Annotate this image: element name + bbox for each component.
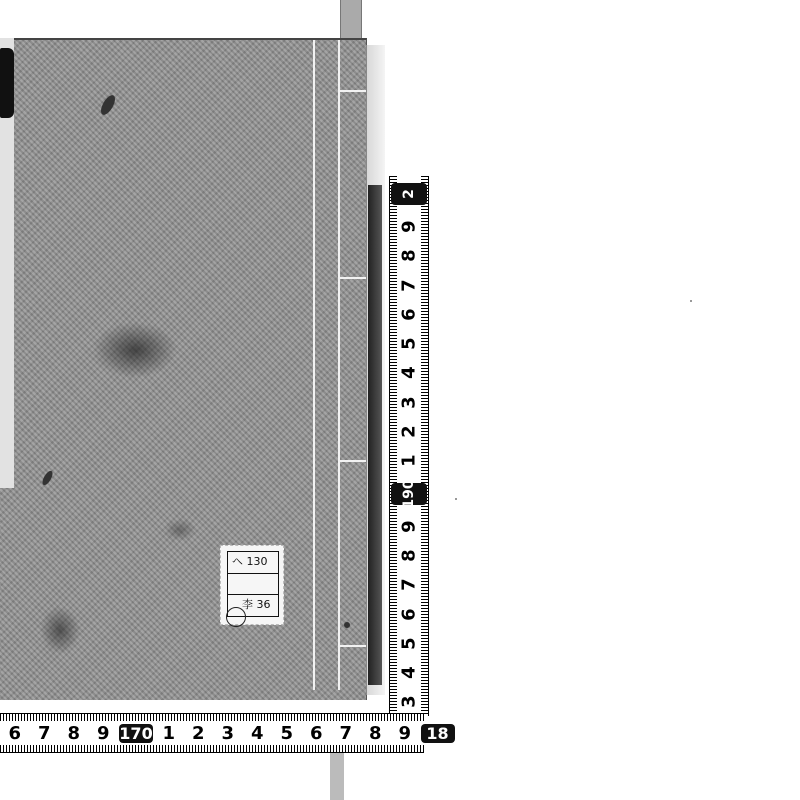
ruler-number: 2 [184,723,214,744]
ruler-number: 6 [394,603,423,625]
ruler-number: 6 [302,723,332,744]
dust-speck [455,498,457,500]
ruler-number: 4 [394,662,423,684]
binding-thread-h [338,277,366,279]
ruler-numbers: 298765432119098765432 [398,176,420,746]
dust-speck [690,300,692,302]
seal-stamp [226,607,246,627]
ruler-number: 7 [331,723,361,744]
ruler-number: 5 [394,633,423,655]
ruler-number: 7 [394,574,423,596]
ruler-number: 8 [394,545,423,567]
ruler-numbers: 678917012345678918 [0,722,456,744]
ruler-number: 5 [272,723,302,744]
ruler-number: 6 [394,304,423,326]
ruler-number: 4 [243,723,273,744]
title-character [0,48,14,118]
ruler-number: 190 [391,483,427,505]
ruler-number: 5 [394,333,423,355]
ruler-number: 3 [213,723,243,744]
ruler-number: 3 [394,391,423,413]
bookmark-tab-bottom [330,750,344,800]
ruler-ticks [0,714,424,721]
ruler-number: 4 [394,362,423,384]
ruler-number: 7 [30,723,60,744]
ruler-number: 2 [391,183,427,205]
ruler-number: 1 [154,723,184,744]
binding-thread-h [338,460,366,462]
ruler-number: 9 [390,723,420,744]
cover-edge-shadow [368,185,382,685]
ruler-number: 1 [394,450,423,472]
ruler-number: 6 [0,723,30,744]
ruler-number: 9 [394,515,423,537]
book-cover [0,38,367,700]
ruler-number: 18 [421,724,455,743]
ruler-ticks [0,745,424,752]
binding-thread-h [338,90,366,92]
binding-thread-h [338,645,366,647]
label-row-call-number: ヘ 130 [228,552,278,574]
ruler-number: 8 [394,245,423,267]
horizontal-ruler: 678917012345678918 [0,713,424,753]
ruler-number: 8 [59,723,89,744]
binding-thread [338,40,340,690]
vertical-ruler: 298765432119098765432 [389,176,429,716]
bookmark-tab-top [340,0,362,42]
ruler-number: 9 [89,723,119,744]
ruler-number: 2 [394,421,423,443]
binding-line [313,40,315,690]
ruler-number: 9 [394,216,423,238]
ruler-number: 170 [119,724,153,743]
label-row-empty [228,574,278,596]
ruler-number: 8 [361,723,391,744]
ruler-number: 3 [394,691,423,713]
ruler-number: 7 [394,274,423,296]
